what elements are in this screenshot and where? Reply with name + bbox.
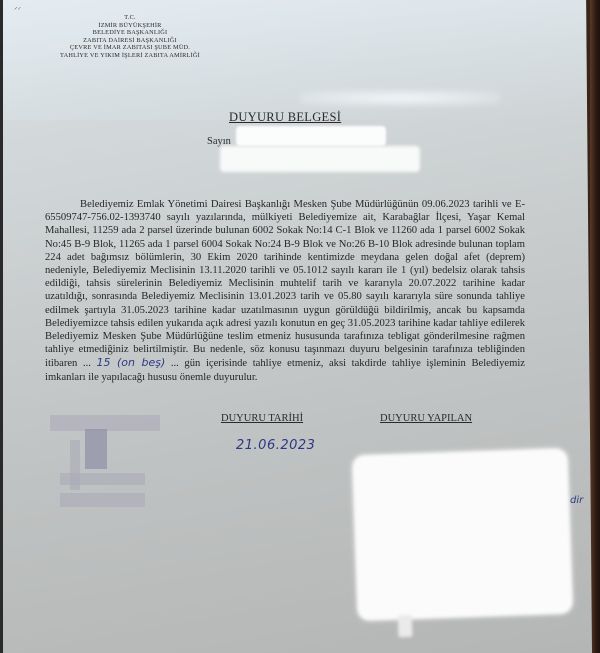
redacted-recipient-name	[236, 126, 386, 146]
handwritten-days: 15 (on beş)	[97, 356, 166, 369]
wooden-table-edge	[590, 0, 600, 653]
paper-left-edge	[0, 0, 3, 653]
letterhead-line: ZABITA DAİRESİ BAŞKANLIĞI	[60, 37, 200, 45]
signature-fragment: dir	[570, 495, 583, 506]
pixelated-stamp	[50, 415, 160, 515]
announced-to-label: DUYURU YAPILAN	[380, 413, 472, 424]
redaction-tab	[398, 615, 413, 637]
redaction-smudge	[300, 90, 500, 106]
notice-body: Belediyemiz Emlak Yönetimi Dairesi Başka…	[45, 198, 525, 384]
redacted-signature-block	[352, 448, 573, 620]
letterhead-line: TAHLİYE VE YIKIM İŞLERİ ZABITA AMİRLİĞİ	[60, 52, 200, 60]
body-text-main: Belediyemiz Emlak Yönetimi Dairesi Başka…	[45, 199, 525, 369]
letterhead-line: BELEDİYE BAŞKANLIĞI	[60, 29, 200, 37]
letterhead-line: ÇEVRE VE İMAR ZABITASI ŞUBE MÜD.	[60, 44, 200, 52]
corner-mark: ⸝⸝	[14, 3, 21, 12]
letterhead-line: T.C.	[60, 14, 200, 22]
letterhead: T.C. İZMİR BÜYÜKŞEHİR BELEDİYE BAŞKANLIĞ…	[60, 14, 200, 60]
redacted-recipient-address	[220, 146, 420, 172]
announcement-date-label: DUYURU TARİHİ	[221, 413, 303, 424]
announcement-date-value: 21.06.2023	[236, 438, 315, 453]
document-title: DUYURU BELGESİ	[229, 110, 341, 125]
